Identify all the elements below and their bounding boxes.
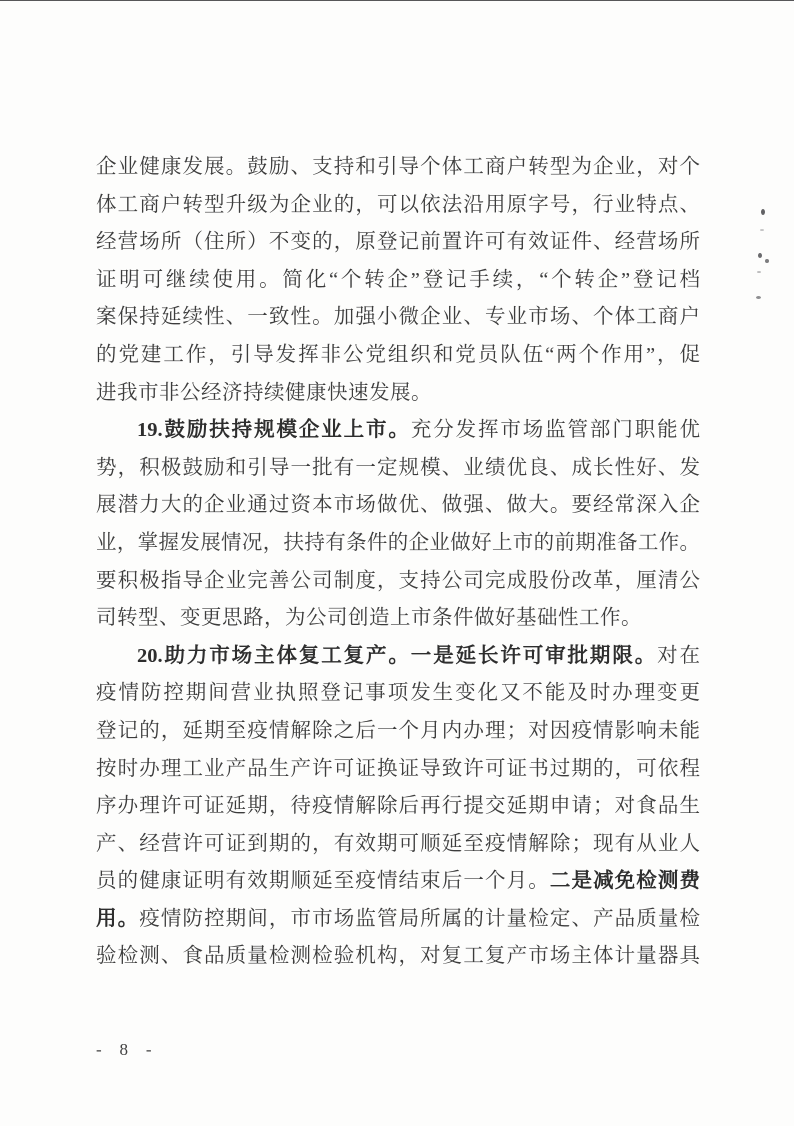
text-segment: 按时办理工业产品生产许可证换证导致许可证书过期的，可依程 bbox=[96, 758, 700, 780]
text-line: 经营场所（住所）不变的，原登记前置许可有效证件、经营场所 bbox=[96, 224, 700, 262]
text-segment: 司转型、变更思路，为公司创造上市条件做好基础性工作。 bbox=[96, 607, 642, 629]
text-segment: 展潜力大的企业通过资本市场做优、做强、做大。要经常深入企 bbox=[96, 494, 700, 516]
text-segment: 对在 bbox=[657, 645, 700, 667]
text-line: 体工商户转型升级为企业的，可以依法沿用原字号，行业特点、 bbox=[96, 187, 700, 225]
text-line: 的党建工作，引导发挥非公党组织和党员队伍“两个作用”，促 bbox=[96, 337, 700, 375]
text-line: 用。疫情防控期间，市市场监管局所属的计量检定、产品质量检 bbox=[96, 901, 700, 939]
text-line: 要积极指导企业完善公司制度，支持公司完成股份改革，厘清公 bbox=[96, 563, 700, 601]
text-segment: 案保持延续性、一致性。加强小微企业、专业市场、个体工商户 bbox=[96, 306, 700, 328]
text-line: 疫情防控期间营业执照登记事项发生变化又不能及时办理变更 bbox=[96, 675, 700, 713]
scan-speck bbox=[758, 253, 762, 258]
text-segment: 证明可继续使用。简化“个转企”登记手续，“个转企”登记档 bbox=[96, 269, 700, 291]
bold-text-segment: 二是减免检测费 bbox=[550, 870, 700, 892]
text-segment: 体工商户转型升级为企业的，可以依法沿用原字号，行业特点、 bbox=[96, 194, 700, 216]
text-line: 进我市非公经济持续健康快速发展。 bbox=[96, 375, 700, 413]
text-segment: 员的健康证明有效期顺延至疫情结束后一个月。 bbox=[96, 870, 550, 892]
text-segment: 充分发挥市场监管部门职能优 bbox=[411, 419, 700, 441]
text-line: 业，掌握发展情况，扶持有条件的企业做好上市的前期准备工作。 bbox=[96, 525, 700, 563]
scan-speck bbox=[757, 271, 761, 273]
text-segment: 疫情防控期间，市市场监管局所属的计量检定、产品质量检 bbox=[139, 908, 700, 930]
text-block: 企业健康发展。鼓励、支持和引导个体工商户转型为企业，对个体工商户转型升级为企业的… bbox=[96, 149, 700, 976]
text-segment: 进我市非公经济持续健康快速发展。 bbox=[96, 382, 432, 404]
text-line: 按时办理工业产品生产许可证换证导致许可证书过期的，可依程 bbox=[96, 751, 700, 789]
bold-text-segment: 20.助力市场主体复工复产。一是延长许可审批期限。 bbox=[137, 645, 657, 667]
text-segment: 验检测、食品质量检测检验机构，对复工复产市场主体计量器具 bbox=[96, 945, 700, 967]
scan-speck bbox=[756, 296, 761, 299]
text-line: 展潜力大的企业通过资本市场做优、做强、做大。要经常深入企 bbox=[96, 487, 700, 525]
bold-text-segment: 用。 bbox=[96, 908, 139, 930]
text-segment: 势，积极鼓励和引导一批有一定规模、业绩优良、成长性好、发 bbox=[96, 457, 700, 479]
text-line: 20.助力市场主体复工复产。一是延长许可审批期限。对在 bbox=[96, 638, 700, 676]
text-line: 企业健康发展。鼓励、支持和引导个体工商户转型为企业，对个 bbox=[96, 149, 700, 187]
text-segment: 疫情防控期间营业执照登记事项发生变化又不能及时办理变更 bbox=[96, 682, 700, 704]
text-line: 登记的，延期至疫情解除之后一个月内办理；对因疫情影响未能 bbox=[96, 713, 700, 751]
text-line: 19.鼓励扶持规模企业上市。充分发挥市场监管部门职能优 bbox=[96, 412, 700, 450]
document-page: 企业健康发展。鼓励、支持和引导个体工商户转型为企业，对个体工商户转型升级为企业的… bbox=[0, 0, 794, 1126]
text-segment: 登记的，延期至疫情解除之后一个月内办理；对因疫情影响未能 bbox=[96, 720, 700, 742]
scan-edge-artifact bbox=[0, 0, 794, 1]
text-line: 案保持延续性、一致性。加强小微企业、专业市场、个体工商户 bbox=[96, 299, 700, 337]
text-line: 验检测、食品质量检测检验机构，对复工复产市场主体计量器具 bbox=[96, 938, 700, 976]
text-segment: 序办理许可证延期，待疫情解除后再行提交延期申请；对食品生 bbox=[96, 795, 700, 817]
text-segment: 企业健康发展。鼓励、支持和引导个体工商户转型为企业，对个 bbox=[96, 156, 700, 178]
text-line: 势，积极鼓励和引导一批有一定规模、业绩优良、成长性好、发 bbox=[96, 450, 700, 488]
page-number-label: - 8 - bbox=[96, 1040, 158, 1060]
text-segment: 要积极指导企业完善公司制度，支持公司完成股份改革，厘清公 bbox=[96, 570, 700, 592]
text-line: 序办理许可证延期，待疫情解除后再行提交延期申请；对食品生 bbox=[96, 788, 700, 826]
text-line: 产、经营许可证到期的，有效期可顺延至疫情解除；现有从业人 bbox=[96, 826, 700, 864]
text-segment: 的党建工作，引导发挥非公党组织和党员队伍“两个作用”，促 bbox=[96, 344, 700, 366]
text-segment: 业，掌握发展情况，扶持有条件的企业做好上市的前期准备工作。 bbox=[96, 532, 700, 554]
text-line: 员的健康证明有效期顺延至疫情结束后一个月。二是减免检测费 bbox=[96, 863, 700, 901]
text-segment: 经营场所（住所）不变的，原登记前置许可有效证件、经营场所 bbox=[96, 231, 700, 253]
scan-speck bbox=[761, 209, 765, 215]
text-segment: 产、经营许可证到期的，有效期可顺延至疫情解除；现有从业人 bbox=[96, 833, 700, 855]
scan-speck bbox=[760, 229, 764, 231]
bold-text-segment: 19.鼓励扶持规模企业上市。 bbox=[137, 419, 411, 441]
text-line: 司转型、变更思路，为公司创造上市条件做好基础性工作。 bbox=[96, 600, 700, 638]
text-line: 证明可继续使用。简化“个转企”登记手续，“个转企”登记档 bbox=[96, 262, 700, 300]
scan-speck bbox=[765, 259, 769, 263]
